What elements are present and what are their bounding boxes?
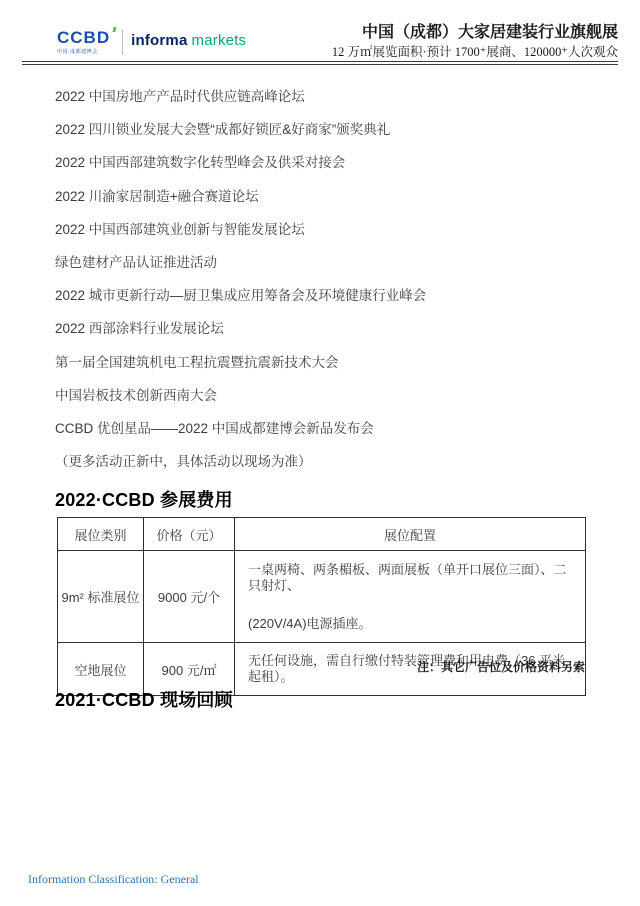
col-header-config: 展位配置 xyxy=(235,518,586,551)
list-item: （更多活动正新中，具体活动以现场为准） xyxy=(55,445,605,478)
header-title-line1: 中国（成都）大家居建装行业旗舰展 xyxy=(332,24,618,42)
review-section-heading: 2021·CCBD 现场回顾 xyxy=(55,686,233,712)
list-item: 2022 中国西部建筑数字化转型峰会及供采对接会 xyxy=(55,146,605,179)
header-title-block: 中国（成都）大家居建装行业旗舰展 12 万㎡展览面积·预计 1700⁺展商、12… xyxy=(332,24,618,60)
table-row: 9m² 标准展位 9000 元/个 一桌两椅、两条楣板、两面展板（单开口展位三面… xyxy=(58,551,586,643)
ccbd-logo-subtext: 中国·成都建博会 xyxy=(57,48,110,55)
events-list: 2022 中国房地产产品时代供应链高峰论坛 2022 四川锁业发展大会暨“成都好… xyxy=(55,80,605,478)
list-item: 2022 中国西部建筑业创新与智能发展论坛 xyxy=(55,213,605,246)
header-title-line2: 12 万㎡展览面积·预计 1700⁺展商、120000⁺人次观众 xyxy=(332,44,618,60)
markets-logo-text: markets xyxy=(192,32,247,49)
fees-section-heading: 2022·CCBD 参展费用 xyxy=(55,486,233,512)
list-item: 2022 中国房地产产品时代供应链高峰论坛 xyxy=(55,80,605,113)
table-header-row: 展位类别 价格（元） 展位配置 xyxy=(58,518,586,551)
col-header-booth-type: 展位类别 xyxy=(58,518,144,551)
document-page: CCBD 中国·成都建博会 informa markets 中国（成都）大家居建… xyxy=(0,0,640,906)
list-item: 2022 川渝家居制造+融合赛道论坛 xyxy=(55,180,605,213)
header-double-rule xyxy=(22,61,618,65)
list-item: 绿色建材产品认证推进活动 xyxy=(55,246,605,279)
list-item: 2022 城市更新行动—厨卫集成应用筹备会及环境健康行业峰会 xyxy=(55,279,605,312)
informa-markets-logo: informa markets xyxy=(131,29,246,49)
col-header-price: 价格（元） xyxy=(144,518,235,551)
fees-note: 注：其它广告位及价格资料另索 xyxy=(57,658,585,675)
ccbd-logo-text: CCBD xyxy=(57,29,110,46)
list-item: 2022 西部涂料行业发展论坛 xyxy=(55,312,605,345)
ccbd-logo-accent-icon xyxy=(113,27,117,32)
list-item: 2022 四川锁业发展大会暨“成都好锁匠&好商家”颁奖典礼 xyxy=(55,113,605,146)
logo-divider xyxy=(122,29,123,55)
config-line: 一桌两椅、两条楣板、两面展板（单开口展位三面）、二只射灯、 xyxy=(248,562,577,594)
ccbd-logo: CCBD 中国·成都建博会 xyxy=(57,29,120,55)
list-item: CCBD 优创星品——2022 中国成都建博会新品发布会 xyxy=(55,412,605,445)
informa-logo-text: informa xyxy=(131,32,187,49)
classification-footer: Information Classification: General xyxy=(28,872,199,887)
price-cell: 9000 元/个 xyxy=(144,551,235,643)
header-logo-group: CCBD 中国·成都建博会 informa markets xyxy=(57,29,246,55)
config-cell: 一桌两椅、两条楣板、两面展板（单开口展位三面）、二只射灯、 (220V/4A)电… xyxy=(235,551,586,643)
list-item: 中国岩板技术创新西南大会 xyxy=(55,379,605,412)
config-line: (220V/4A)电源插座。 xyxy=(248,616,577,632)
booth-type-cell: 9m² 标准展位 xyxy=(58,551,144,643)
list-item: 第一届全国建筑机电工程抗震暨抗震新技术大会 xyxy=(55,346,605,379)
